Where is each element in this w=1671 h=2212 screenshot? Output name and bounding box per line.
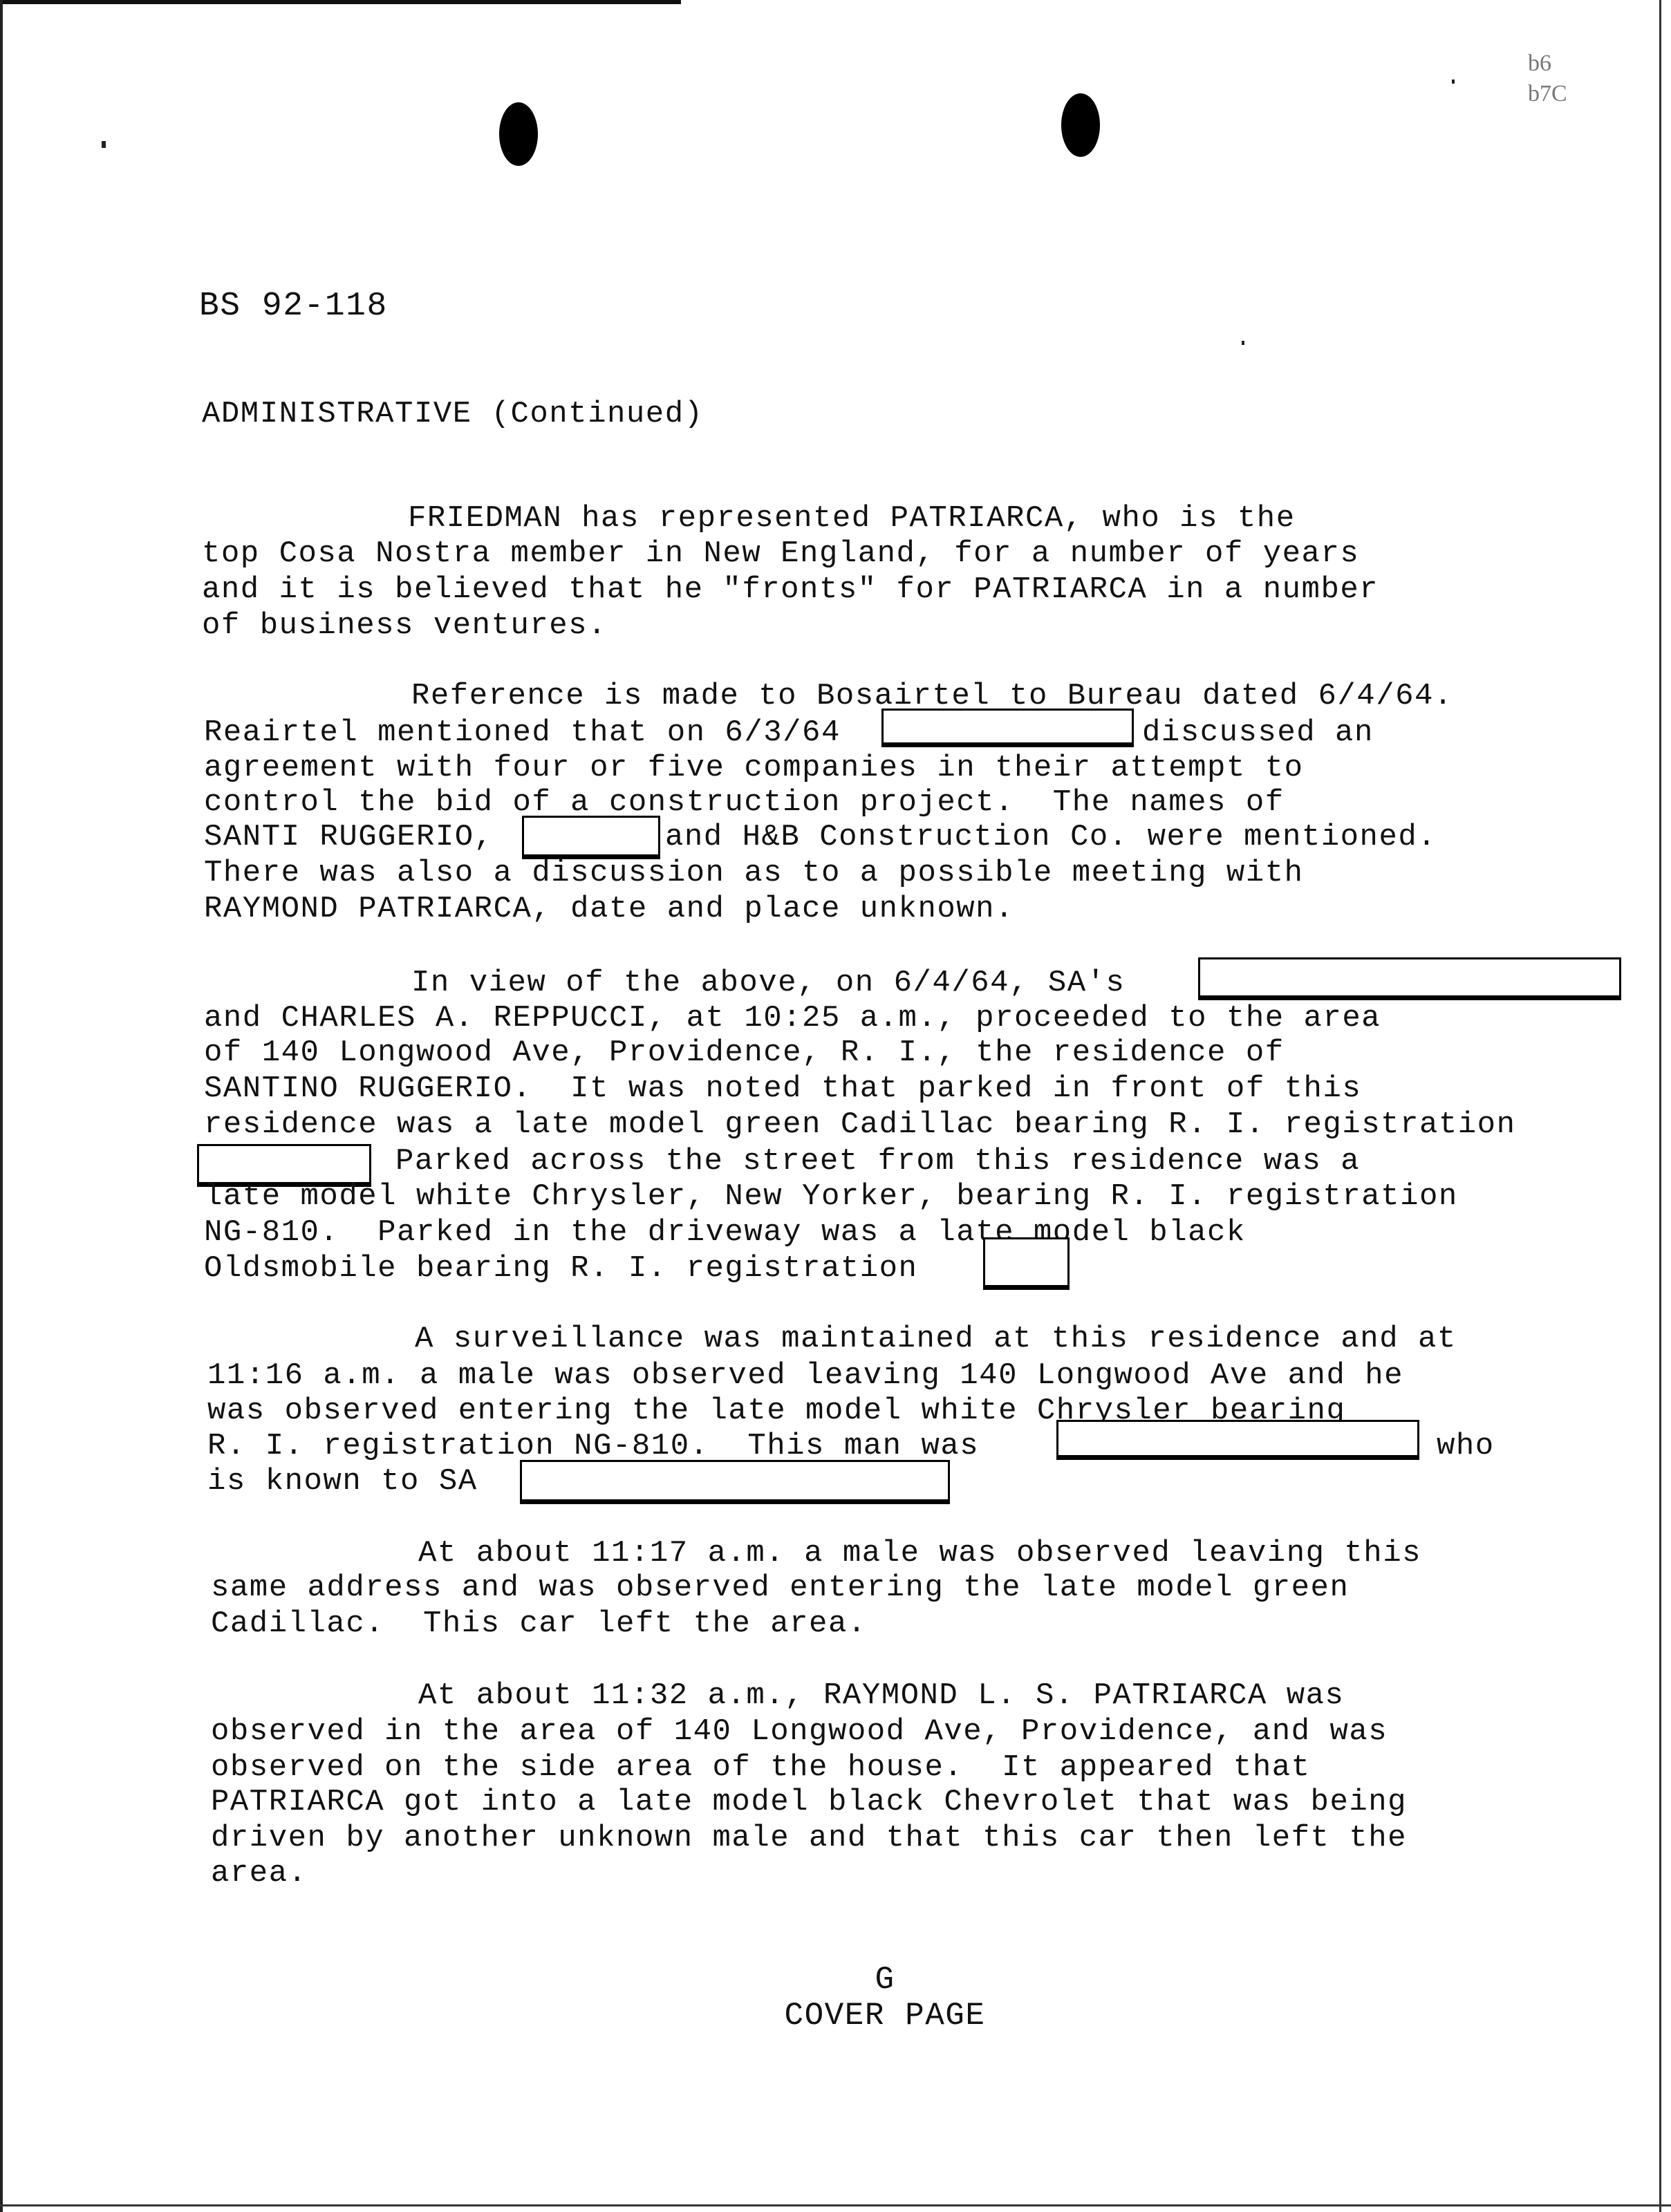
page-letter: G (0, 1962, 1671, 1998)
text-line: 11:16 a.m. a male was observed leaving 1… (207, 1358, 1403, 1393)
section-heading: ADMINISTRATIVE (Continued) (202, 397, 704, 431)
punch-hole-right (1061, 93, 1100, 157)
text-line: and it is believed that he "fronts" for … (202, 572, 1379, 607)
text-line: Oldsmobile bearing R. I. registration (204, 1251, 917, 1286)
text-line: NG-810. Parked in the driveway was a lat… (204, 1215, 1246, 1250)
redaction-box (522, 816, 660, 859)
text-line: R. I. registration NG-810. This man was (207, 1429, 979, 1463)
text-line: driven by another unknown male and that … (211, 1821, 1407, 1855)
text-line: SANTINO RUGGERIO. It was noted that park… (204, 1071, 1361, 1106)
page-label: COVER PAGE (0, 1998, 1671, 2034)
text-line: discussed an (1142, 715, 1374, 750)
text-line: residence was a late model green Cadilla… (204, 1107, 1516, 1142)
text-line: control the bid of a construction projec… (204, 785, 1285, 820)
redaction-box (983, 1237, 1070, 1290)
text-line: is known to SA (207, 1464, 478, 1499)
text-line: observed in the area of 140 Longwood Ave… (211, 1714, 1388, 1749)
document-page: b6 b7C BS 92-118 ADMINISTRATIVE (Continu… (0, 0, 1671, 2212)
text-line: In view of the above, on 6/4/64, SA's (411, 966, 1125, 1000)
scan-edge-bottom (0, 2204, 1671, 2206)
redaction-box (1198, 957, 1621, 1000)
scan-speck (102, 141, 106, 148)
exemption-codes: b6 b7C (1528, 48, 1567, 109)
text-line: RAYMOND PATRIARCA, date and place unknow… (204, 892, 1014, 926)
text-line: FRIEDMAN has represented PATRIARCA, who … (408, 501, 1296, 536)
text-line: who (1437, 1429, 1495, 1463)
text-line: At about 11:17 a.m. a male was observed … (418, 1536, 1421, 1571)
scan-speck (1242, 341, 1244, 345)
exemption-code: b6 (1528, 48, 1567, 79)
text-line: At about 11:32 a.m., RAYMOND L. S. PATRI… (418, 1678, 1344, 1713)
text-line: Reairtel mentioned that on 6/3/64 (204, 715, 841, 750)
text-line: A surveillance was maintained at this re… (415, 1322, 1457, 1356)
redaction-box (1056, 1420, 1419, 1460)
redaction-box (881, 709, 1134, 747)
text-line: PATRIARCA got into a late model black Ch… (211, 1785, 1407, 1819)
text-line: There was also a discussion as to a poss… (204, 856, 1304, 890)
text-line: observed on the side area of the house. … (211, 1750, 1311, 1785)
text-line: top Cosa Nostra member in New England, f… (202, 536, 1359, 571)
text-line: SANTI RUGGERIO, (204, 820, 494, 854)
text-line: Parked across the street from this resid… (395, 1144, 1360, 1179)
punch-hole-left (499, 102, 538, 166)
text-line: and H&B Construction Co. were mentioned. (665, 820, 1437, 854)
text-line: and CHARLES A. REPPUCCI, at 10:25 a.m., … (204, 1001, 1381, 1035)
text-line: same address and was observed entering t… (211, 1571, 1349, 1605)
text-line: late model white Chrysler, New Yorker, b… (204, 1179, 1458, 1214)
text-line: area. (211, 1856, 308, 1891)
scan-speck (1452, 79, 1455, 84)
text-line: Cadillac. This car left the area. (211, 1606, 867, 1641)
scan-edge-right (1659, 0, 1661, 2212)
scan-edge-left (0, 0, 3, 2212)
redaction-box (520, 1460, 950, 1504)
scan-edge-top (0, 0, 681, 4)
text-line: agreement with four or five companies in… (204, 751, 1304, 785)
text-line: of business ventures. (202, 608, 607, 643)
file-number: BS 92-118 (199, 288, 388, 325)
text-line: of 140 Longwood Ave, Providence, R. I., … (204, 1035, 1285, 1070)
exemption-code: b7C (1528, 79, 1567, 109)
